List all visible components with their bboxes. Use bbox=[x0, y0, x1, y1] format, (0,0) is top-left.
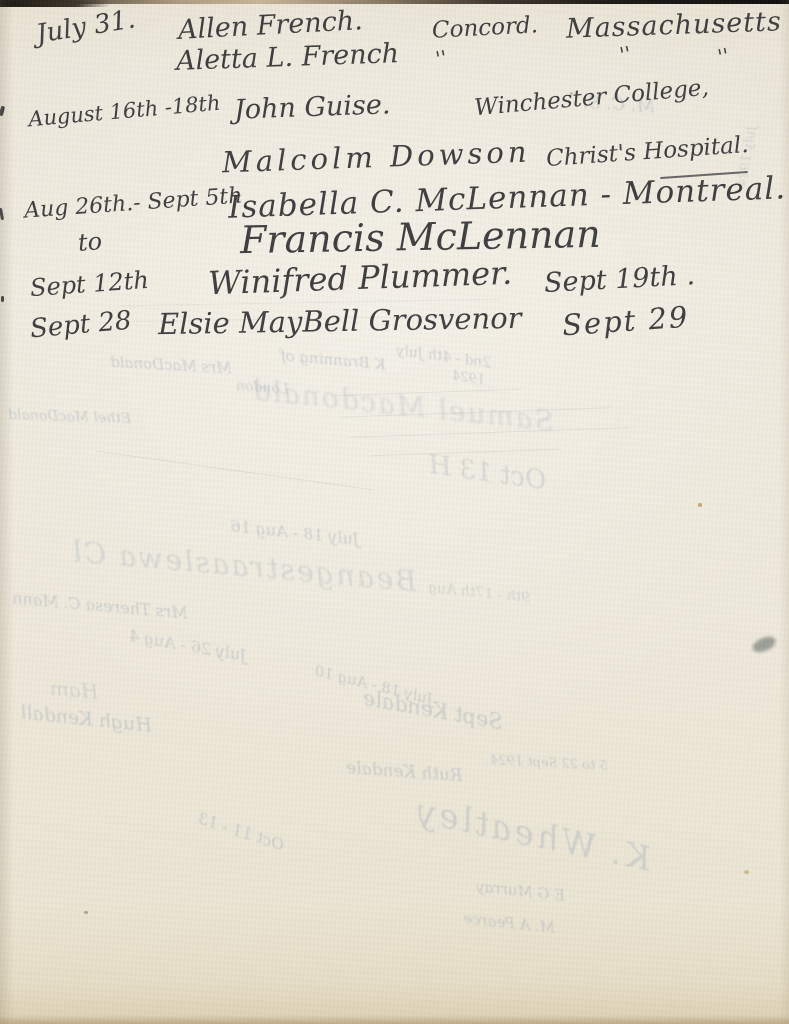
page-edge-right bbox=[779, 0, 789, 1024]
entry-date: August 16th -18th bbox=[27, 92, 221, 131]
entry-name: Elsie MayBell Grosvenor bbox=[158, 303, 522, 340]
bleedthrough-text: 2nd - 4th July bbox=[395, 343, 492, 370]
bleedthrough-text: Beangestraaslewa Cl bbox=[69, 537, 417, 596]
bleedthrough-text: Hugh Kendall bbox=[19, 703, 152, 736]
entry-name: Aletta L. French bbox=[176, 40, 400, 76]
ditto-mark: '' bbox=[716, 45, 731, 68]
bleedthrough-text: Samuel Macdonald bbox=[249, 376, 555, 436]
bleedthrough-text: 5 to 22 Sept 1924 bbox=[490, 754, 608, 773]
ink-smudge bbox=[751, 635, 778, 655]
bleedthrough-text: July 18 - Aug 16 bbox=[230, 518, 360, 547]
entry-date: July 31. bbox=[34, 6, 137, 49]
guestbook-page: M. C. S. July 1924 Mrs MacDonald K Brann… bbox=[0, 0, 789, 1024]
ditto-mark: '' bbox=[434, 47, 449, 70]
page-edge-top-left bbox=[0, 0, 110, 7]
bleedthrough-text: K Branning of bbox=[280, 348, 387, 372]
entry-residence: Christ's Hospital. bbox=[545, 133, 749, 171]
entry-name: John Guise. bbox=[234, 91, 391, 125]
entry-date-out: Sept 19th . bbox=[543, 262, 695, 298]
ditto-mark: '' bbox=[618, 43, 633, 66]
entry-name: Winifred Plummer. bbox=[208, 257, 513, 301]
entry-date: Aug 26th.- Sept 5th bbox=[23, 184, 243, 222]
stain-speck bbox=[570, 92, 573, 95]
stain-speck bbox=[84, 911, 88, 914]
page-edge-bottom bbox=[0, 1015, 789, 1024]
bleedthrough-text: Oct 11 - 13 bbox=[196, 811, 286, 854]
bleedthrough-text: E G Murray bbox=[475, 879, 565, 903]
stain-speck bbox=[744, 870, 749, 874]
page-edge-top bbox=[0, 0, 789, 4]
entry-date: Sept 28 bbox=[29, 308, 133, 344]
bleedthrough-text: M. A Pearce bbox=[462, 911, 555, 936]
entry-residence: Massachusetts bbox=[566, 8, 783, 44]
bleedthrough-text: Oct 13 H bbox=[427, 452, 548, 494]
entry-residence: Winchester College, bbox=[473, 76, 709, 121]
bleedthrough-text: K. Wheatley bbox=[411, 793, 654, 876]
bleedthrough-text: 1924 bbox=[451, 370, 486, 387]
page-edge-left bbox=[0, 0, 14, 1024]
bleedthrough-text: Ethel MacDonald bbox=[8, 408, 131, 426]
entry-name: Malcolm Dowson bbox=[222, 137, 531, 178]
bleedthrough-text: July 26 - Aug 4 bbox=[128, 628, 248, 664]
stain-speck bbox=[698, 503, 702, 507]
bleedthrough-text: Mrs MacDonald bbox=[110, 355, 232, 376]
entry-note: to bbox=[77, 229, 103, 256]
entry-date-out: Sept 29 bbox=[561, 302, 690, 341]
entry-date: Sept 12th bbox=[29, 268, 149, 301]
bleedthrough-text: Ham bbox=[49, 678, 99, 702]
bleedthrough-text: Mrs Theresa C. Mann bbox=[12, 590, 189, 621]
entry-residence: Concord. bbox=[431, 13, 538, 43]
bleedthrough-line bbox=[96, 451, 373, 491]
entry-name: Francis McLennan bbox=[240, 215, 601, 261]
bleedthrough-text: 9th - 17th Aug bbox=[428, 581, 531, 606]
bleedthrough-text: Ruth Kendale bbox=[346, 760, 464, 785]
